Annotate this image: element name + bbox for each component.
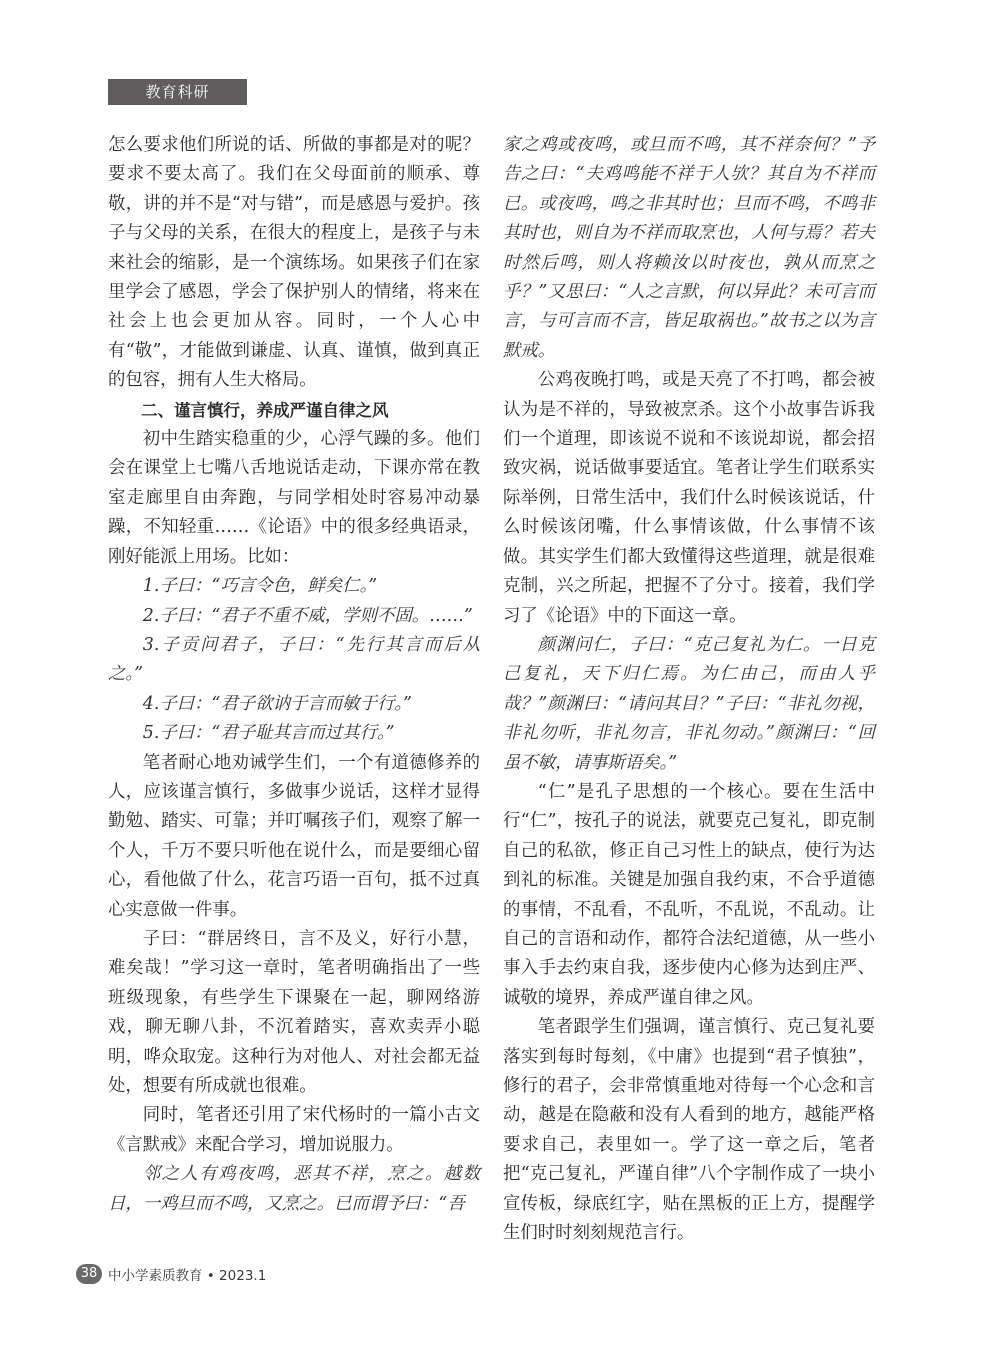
left-column: 怎么要求他们所说的话、所做的事都是对的呢？要求不要太高了。我们在父母面前的顺承、… (108, 131, 480, 1219)
paragraph: 同时，笔者还引用了宋代杨时的一篇小古文《言默戒》来配合学习，增加说服力。 (108, 1101, 480, 1160)
quote-line: 3.子贡问君子，子曰：“先行其言而后从之。” (108, 631, 480, 690)
paragraph: 子曰：“群居终日，言不及义，好行小慧，难矣哉！”学习这一章时，笔者明确指出了一些… (108, 925, 480, 1101)
section-heading: 二、谨言慎行，养成严谨自律之风 (108, 396, 480, 425)
quote-line: 1.子曰：“巧言令色，鲜矣仁。” (108, 572, 480, 601)
paragraph: 公鸡夜晚打鸣，或是天亮了不打鸣，都会被认为是不祥的，导致被烹杀。这个小故事告诉我… (503, 366, 875, 631)
right-column: 家之鸡或夜鸣，或旦而不鸣，其不祥奈何？”予告之曰：“夫鸡鸣能不祥于人欤？其自为不… (503, 131, 875, 1248)
page-footer: 38 中小学素质教育 • 2023.1 (76, 1263, 266, 1285)
paragraph: 笔者跟学生们强调，谨言慎行、克己复礼要落实到每时每刻，《中庸》也提到“君子慎独”… (503, 1013, 875, 1248)
quote-line: 4.子曰：“君子欲讷于言而敏于行。” (108, 690, 480, 719)
page-number-badge: 38 (76, 1264, 102, 1284)
section-tag: 教育科研 (108, 79, 247, 105)
journal-name: 中小学素质教育 • 2023.1 (108, 1264, 266, 1284)
paragraph: 笔者耐心地劝诫学生们，一个有道德修养的人，应该谨言慎行，多做事少说话，这样才显得… (108, 749, 480, 925)
classical-quote: 邻之人有鸡夜鸣，恶其不祥，烹之。越数日，一鸡旦而不鸣，又烹之。已而谓予曰：“吾 (108, 1160, 480, 1219)
paragraph: 怎么要求他们所说的话、所做的事都是对的呢？要求不要太高了。我们在父母面前的顺承、… (108, 131, 480, 396)
paragraph: “仁”是孔子思想的一个核心。要在生活中行“仁”，按孔子的说法，就要克己复礼，即克… (503, 778, 875, 1013)
quote-line: 5.子曰：“君子耻其言而过其行。” (108, 719, 480, 748)
quote-line: 2.子曰：“君子不重不威，学则不固。……” (108, 602, 480, 631)
classical-quote: 颜渊问仁，子曰：“克己复礼为仁。一日克己复礼，天下归仁焉。为仁由己，而由人乎哉？… (503, 631, 875, 778)
classical-quote: 家之鸡或夜鸣，或旦而不鸣，其不祥奈何？”予告之曰：“夫鸡鸣能不祥于人欤？其自为不… (503, 131, 875, 366)
paragraph: 初中生踏实稳重的少，心浮气躁的多。他们会在课堂上七嘴八舌地说话走动，下课亦常在教… (108, 425, 480, 572)
